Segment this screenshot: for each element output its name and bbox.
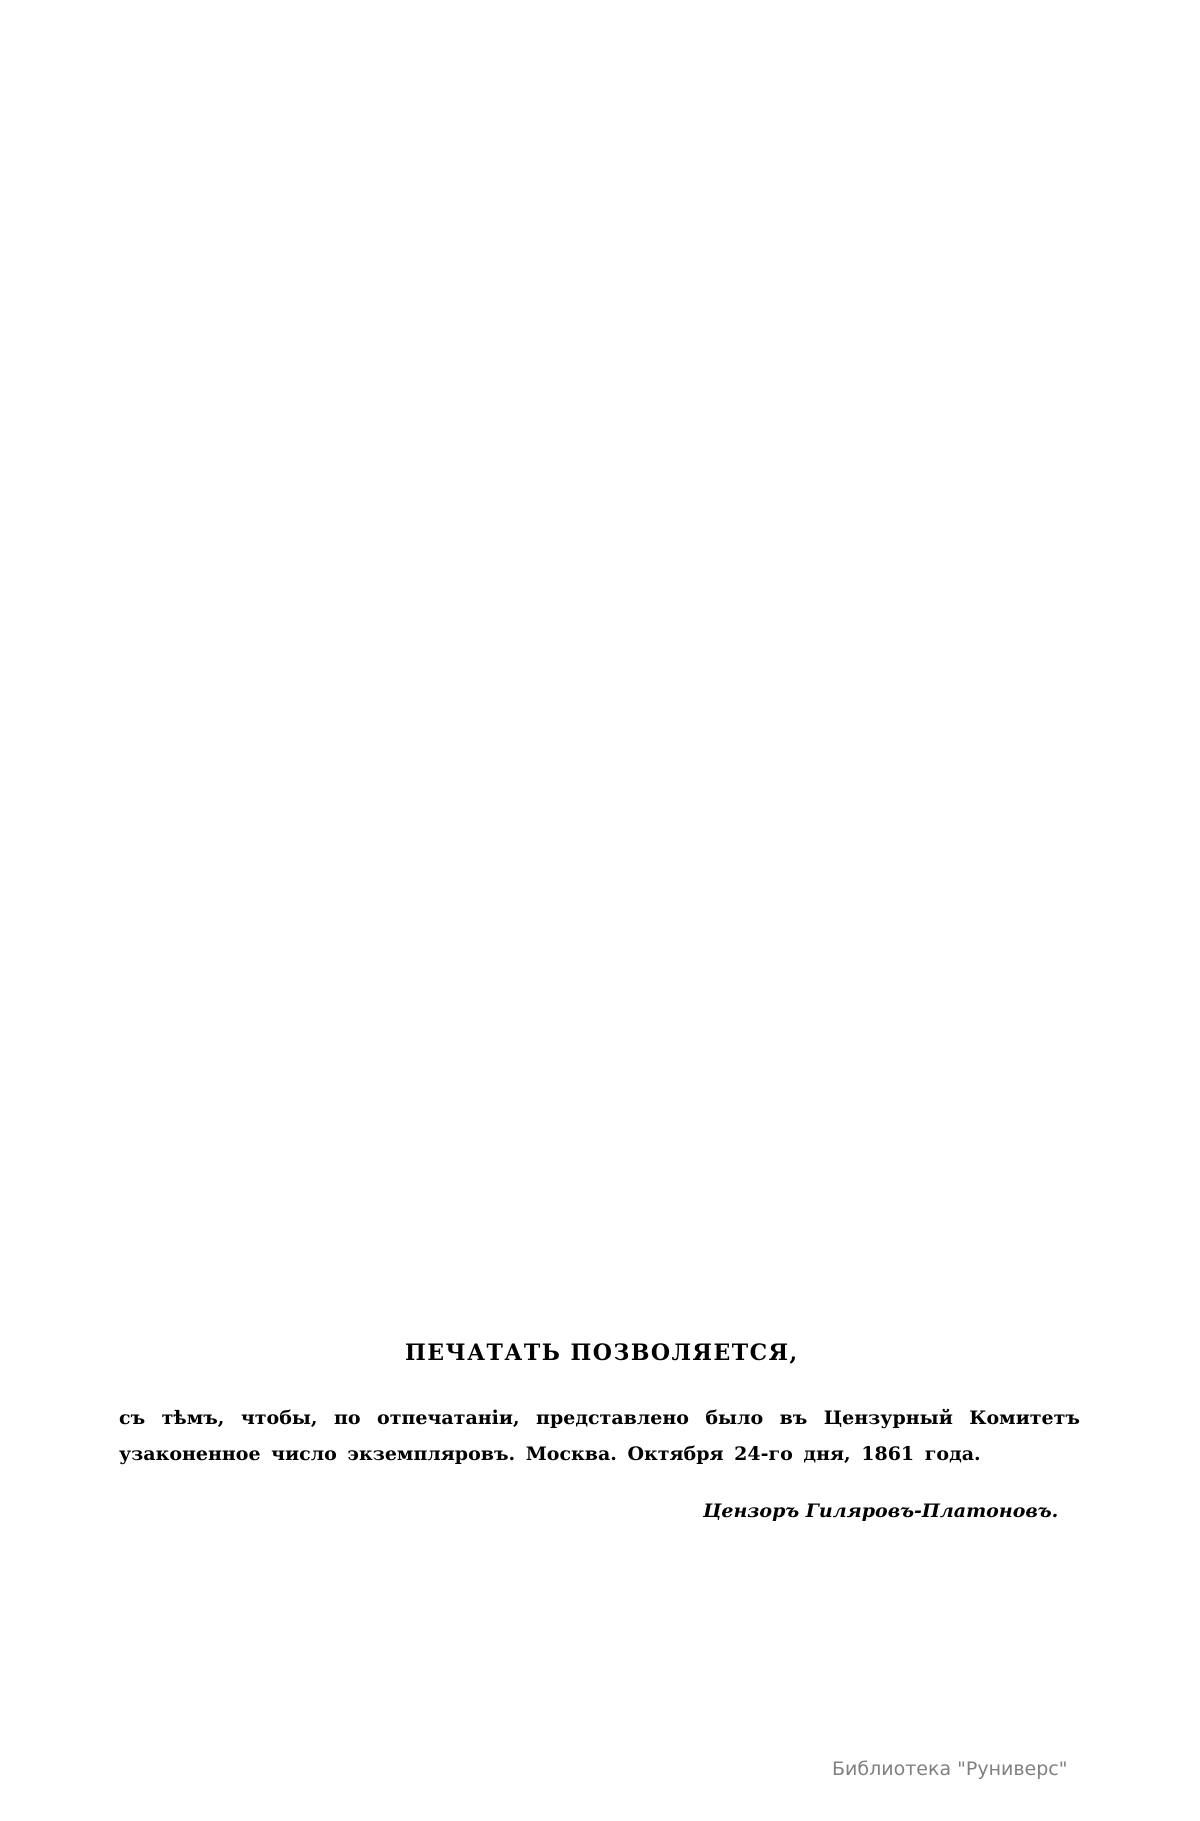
library-watermark: Библиотека "Руниверс" [832,1755,1067,1783]
document-page: ПЕЧАТАТЬ ПОЗВОЛЯЕТСЯ, съ тѣмъ, чтобы, по… [0,0,1200,1821]
body-text-line-1: съ тѣмъ, чтобы, по отпечатаніи, представ… [119,1404,1080,1432]
censor-signature: Цензоръ Гиляровъ-Платоновъ. [703,1497,1058,1525]
censorship-heading: ПЕЧАТАТЬ ПОЗВОЛЯЕТСЯ, [405,1338,785,1368]
body-text-line-2: узаконенное число экземпляровъ. Москва. … [119,1440,1080,1468]
